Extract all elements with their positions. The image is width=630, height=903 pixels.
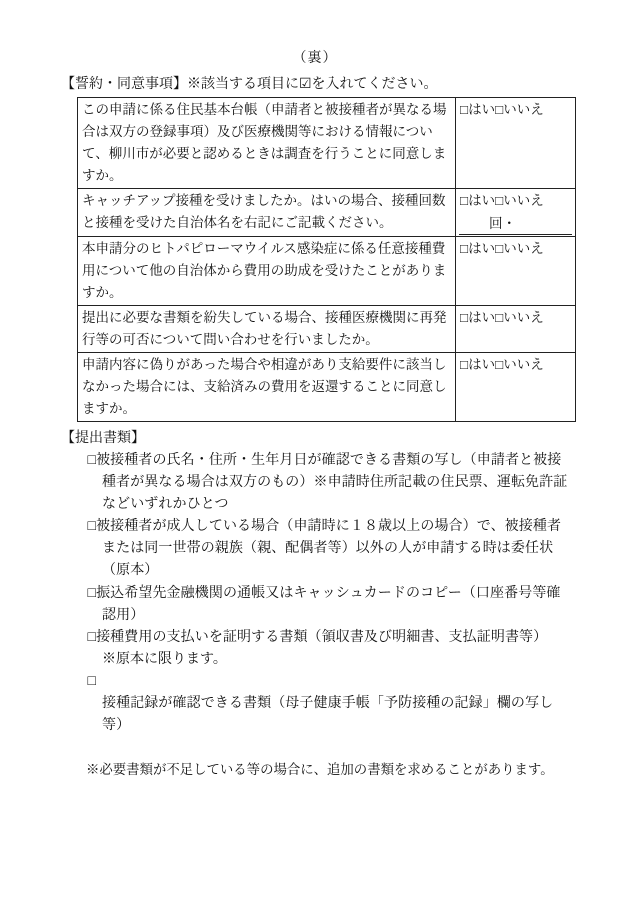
documents-section-heading: 【提出書類】 bbox=[61, 428, 570, 450]
document-checkbox[interactable]: □ bbox=[88, 453, 97, 468]
document-checkbox[interactable]: □ bbox=[88, 674, 97, 689]
list-item: □被接種者が成人している場合（申請時に１８歳以上の場合）で、被接種者または同一世… bbox=[61, 516, 570, 582]
list-item: □被接種者の氏名・住所・生年月日が確認できる書類の写し（申請者と被接種者が異なる… bbox=[61, 450, 570, 516]
document-item-note: ※原本に限ります。 bbox=[61, 649, 570, 671]
pledge-question: キャッチアップ接種を受けましたか。はいの場合、接種回数と接種を受けた自治体名を右… bbox=[78, 189, 456, 237]
table-row: 提出に必要な書類を紛失している場合、接種医療機関に再発行等の可否について問い合わ… bbox=[78, 306, 576, 353]
list-item: □振込希望先金融機関の通帳又はキャッシュカードのコピー（口座番号等確認用） bbox=[61, 583, 570, 627]
no-checkbox[interactable]: □いいえ bbox=[495, 357, 544, 372]
document-item-text: 被接種者の氏名・住所・生年月日が確認できる書類の写し（申請者と被接種者が異なる場… bbox=[96, 453, 567, 512]
yes-checkbox[interactable]: □はい bbox=[460, 241, 495, 256]
pledge-answer-cell: □はい□いいえ 回・ bbox=[456, 189, 576, 237]
pledge-answer-cell: □はい□いいえ bbox=[456, 306, 576, 353]
table-row: キャッチアップ接種を受けましたか。はいの場合、接種回数と接種を受けた自治体名を右… bbox=[78, 189, 576, 237]
yes-checkbox[interactable]: □はい bbox=[460, 310, 495, 325]
yes-checkbox[interactable]: □はい bbox=[460, 102, 495, 117]
pledge-question: この申請に係る住民基本台帳（申請者と被接種者が異なる場合は双方の登録事項）及び医… bbox=[78, 98, 456, 189]
pledge-question: 提出に必要な書類を紛失している場合、接種医療機関に再発行等の可否について問い合わ… bbox=[78, 306, 456, 353]
document-item-text: 接種記録が確認できる書類（母子健康手帳「予防接種の記録」欄の写し等） bbox=[102, 696, 553, 733]
pledge-question: 本申請分のヒトパピローマウイルス感染症に係る任意接種費用について他の自治体から費… bbox=[78, 237, 456, 306]
pledge-answer-cell: □はい□いいえ bbox=[456, 353, 576, 422]
no-checkbox[interactable]: □いいえ bbox=[495, 310, 544, 325]
documents-section: 【提出書類】 □被接種者の氏名・住所・生年月日が確認できる書類の写し（申請者と被… bbox=[61, 428, 570, 737]
table-row: 本申請分のヒトパピローマウイルス感染症に係る任意接種費用について他の自治体から費… bbox=[78, 237, 576, 306]
document-checkbox[interactable]: □ bbox=[88, 630, 97, 645]
document-checkbox[interactable]: □ bbox=[88, 586, 97, 601]
yes-checkbox[interactable]: □はい bbox=[460, 357, 495, 372]
no-checkbox[interactable]: □いいえ bbox=[495, 241, 544, 256]
no-checkbox[interactable]: □いいえ bbox=[495, 193, 544, 208]
document-item-text: 接種費用の支払いを証明する書類（領収書及び明細書、支払証明書等） bbox=[96, 630, 547, 645]
document-item-text: 振込希望先金融機関の通帳又はキャッシュカードのコピー（口座番号等確認用） bbox=[96, 586, 560, 623]
additional-documents-footnote: ※必要書類が不足している等の場合に、追加の書類を求めることがあります。 bbox=[86, 760, 572, 779]
document-item-text: 被接種者が成人している場合（申請時に１８歳以上の場合）で、被接種者または同一世帯… bbox=[96, 519, 561, 578]
pledge-answer-cell: □はい□いいえ bbox=[456, 98, 576, 189]
yes-checkbox[interactable]: □はい bbox=[460, 193, 495, 208]
table-row: 申請内容に偽りがあった場合や相違があり支給要件に該当しなかった場合には、支給済み… bbox=[78, 353, 576, 422]
list-item: □接種記録が確認できる書類（母子健康手帳「予防接種の記録」欄の写し等） bbox=[61, 671, 570, 737]
pledge-table: この申請に係る住民基本台帳（申請者と被接種者が異なる場合は双方の登録事項）及び医… bbox=[77, 97, 576, 422]
document-checkbox[interactable]: □ bbox=[88, 519, 97, 534]
list-item: □接種費用の支払いを証明する書類（領収書及び明細書、支払証明書等） bbox=[61, 627, 570, 649]
page-side-label: （裏） bbox=[0, 0, 630, 68]
count-unit-label: 回・ bbox=[489, 216, 516, 231]
pledge-answer-cell: □はい□いいえ bbox=[456, 237, 576, 306]
document-page: （裏） 【誓約・同意事項】※該当する項目に☑を入れてください。 この申請に係る住… bbox=[0, 0, 630, 903]
pledge-section-heading: 【誓約・同意事項】※該当する項目に☑を入れてください。 bbox=[61, 75, 630, 95]
no-checkbox[interactable]: □いいえ bbox=[495, 102, 544, 117]
pledge-question: 申請内容に偽りがあった場合や相違があり支給要件に該当しなかった場合には、支給済み… bbox=[78, 353, 456, 422]
catchup-count-field[interactable]: 回・ bbox=[459, 213, 572, 235]
table-row: この申請に係る住民基本台帳（申請者と被接種者が異なる場合は双方の登録事項）及び医… bbox=[78, 98, 576, 189]
